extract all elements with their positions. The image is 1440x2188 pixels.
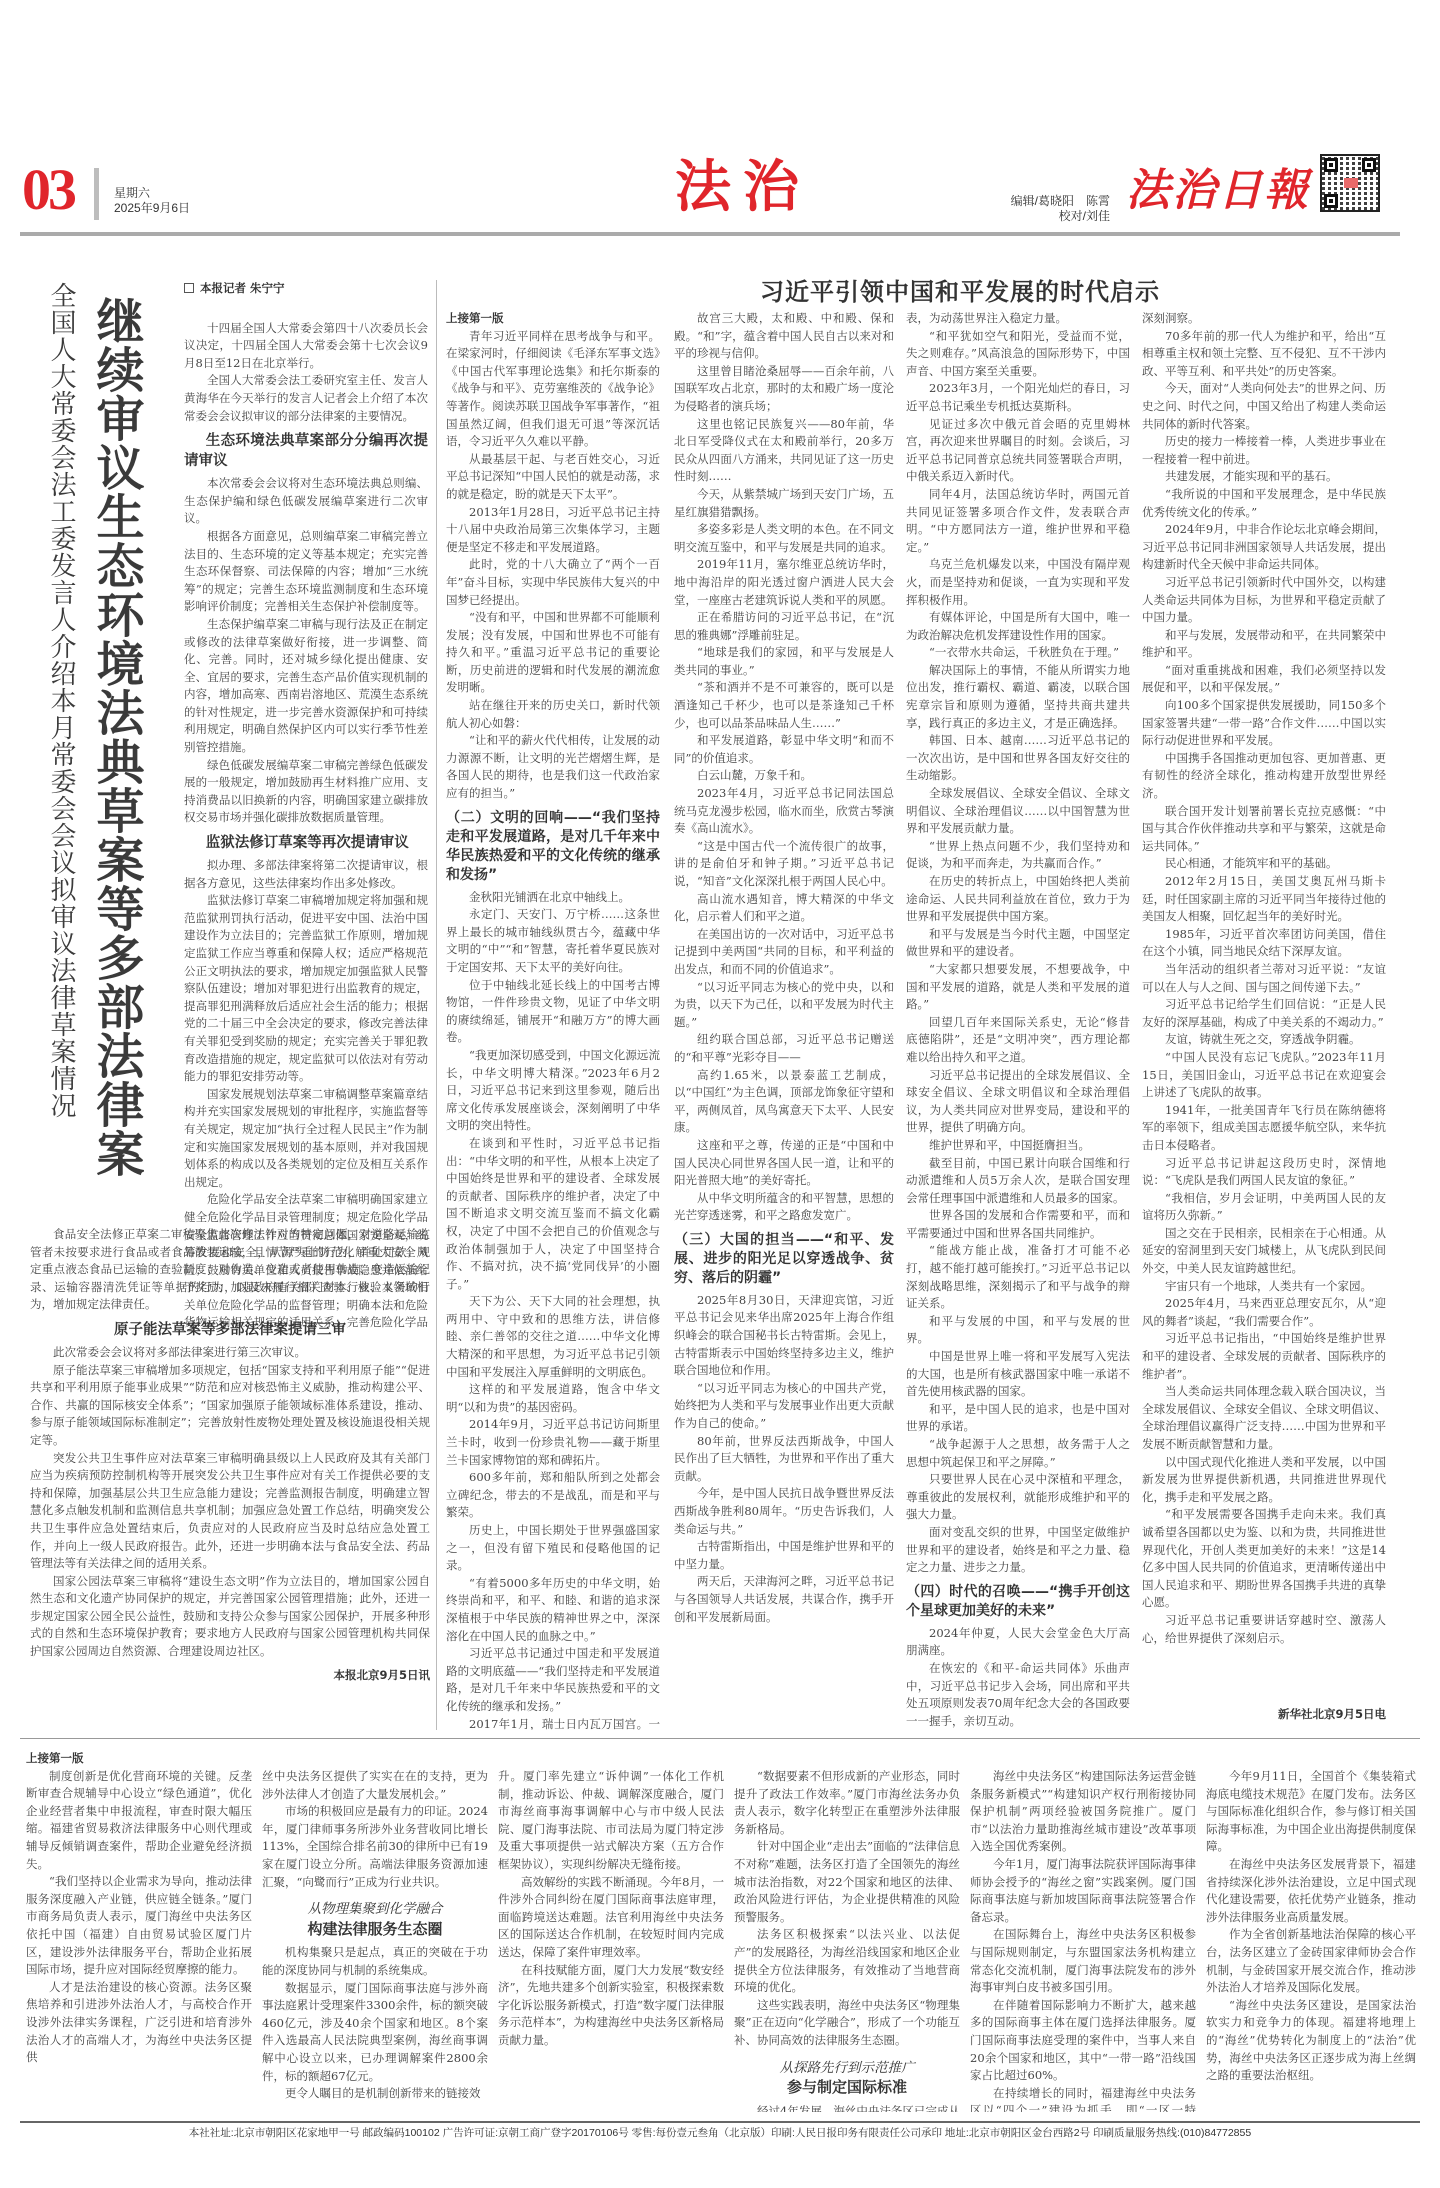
paragraph: 在历史的转折点上，中国始终把人类前途命运、人民共同利益放在首位，致力于为世界和平… <box>906 873 1130 926</box>
paragraph: 针对中国企业“走出去”面临的“法律信息不对称”难题，法务区打造了全国领先的海丝城… <box>734 1838 960 1926</box>
paragraph: 在国际舞台上，海丝中央法务区积极参与国际规则制定，与东盟国家法务机构建立常态化交… <box>970 1926 1196 1996</box>
paragraph: 原子能法草案三审稿增加多项规定，包括“国家支持和平利用原子能”“促进共享和平利用… <box>30 1362 430 1450</box>
paragraph: 乌克兰危机爆发以来，中国没有隔岸观火，而是坚持劝和促谈，一直为实现和平发挥积极作… <box>906 556 1130 609</box>
section-title: 法治 <box>675 154 811 220</box>
paragraph: 天下为公、天下大同的社会理想，执两用中、守中致和的思维方法，讲信修睦、亲仁善邻的… <box>446 1293 660 1381</box>
paragraph: 和平与发展的中国，和平与发展的世界。 <box>906 1313 1130 1348</box>
qr-finder <box>1362 158 1376 172</box>
date: 2025年9月6日 <box>114 201 190 216</box>
subheading-kicker: 从物理集聚到化学融合 <box>262 1901 488 1919</box>
qr-code-icon[interactable] <box>1320 154 1380 212</box>
paragraph: 解决国际上的事情，不能从所谓实力地位出发，推行霸权、霸道、霸凌，以联合国宪章宗旨… <box>906 662 1130 732</box>
paragraph: 习近平总书记通过中国走和平发展道路的文明底蕴——“我们坚持走和平发展道路，是对几… <box>446 1645 660 1715</box>
paragraph: 共建发展，才能实现和平的基石。 <box>1142 468 1386 486</box>
paragraph: “面对重重挑战和困难，我们必须坚持以发展促和平，以和平保发展。” <box>1142 662 1386 697</box>
paragraph: 习近平总书记讲起这段历史时，深情地说：“飞虎队是我们两国人民友谊的象征。” <box>1142 1155 1386 1190</box>
paragraph: 2014年9月，习近平总书记访问斯里兰卡时，收到一份珍贵礼物——藏于斯里兰卡国家… <box>446 1416 660 1469</box>
bottom-column-2: 丝中央法务区提供了实实在在的支持，更为涉外法律人才创造了大量发展机会。” 市场的… <box>262 1768 488 2112</box>
paragraph: 高效解纷的实践不断涌现。今年8月，一件涉外合同纠纷在厦门国际商事法庭审理，面临跨… <box>498 1874 724 1962</box>
paragraph: 在谈到和平性时，习近平总书记指出：“中华文明的和平性，从根本上决定了中国始终是世… <box>446 1135 660 1293</box>
paragraph: 升。厦门率先建立“诉仲调”一体化工作机制，推动诉讼、仲裁、调解深度融合，厦门市海… <box>498 1768 724 1874</box>
paragraph: 绿色低碳发展编草案二审稿完善绿色低碳发展的一般规定，增加鼓励再生材料推广应用、支… <box>184 757 428 827</box>
paragraph: 白云山麓，万象千和。 <box>674 767 894 785</box>
editors: 编辑/葛晓阳 陈霄 <box>1011 194 1110 209</box>
paragraph: 更令人瞩目的是机制创新带来的链接效 <box>262 2085 488 2103</box>
page-number-divider <box>94 168 99 220</box>
paragraph: “这是中国古代一个流传很广的故事，讲的是俞伯牙和钟子期。”习近平总书记说，“知音… <box>674 838 894 891</box>
paragraph: 2023年3月，一个阳光灿烂的春日，习近平总书记乘坐专机抵达莫斯科。 <box>906 380 1130 415</box>
paragraph: “以习近平同志为核心的党中央，以和为贵，以天下为己任，以和平发展为时代主题。” <box>674 979 894 1032</box>
paragraph: 制度创新是优化营商环境的关键。反垄断审查合规辅导中心设立“绿色通道”，优化企业经… <box>26 1768 252 1874</box>
section-heading: 原子能法草案等多部法律案提请三审 <box>30 1320 430 1340</box>
paragraph: 韩国、日本、越南……习近平总书记的一次次出访，是中国和世界各国友好交往的生动缩影… <box>906 732 1130 785</box>
paragraph: 纽约联合国总部，习近平总书记赠送的“和平尊”光彩夺目—— <box>674 1031 894 1066</box>
paragraph: 当年活动的组织者兰蒂对习近平说：“友谊可以在人与人之间、国与国之间传递下去。” <box>1142 961 1386 996</box>
paragraph: 两天后，天津海河之畔，习近平总书记与各国领导人共话发展，共谋合作，携手开创和平发… <box>674 1573 894 1626</box>
paragraph: 习近平总书记重要讲话穿越时空、激荡人心，给世界提供了深刻启示。 <box>1142 1612 1386 1647</box>
paragraph: 生态保护编草案二审稿与现行法及正在制定或修改的法律草案做好衔接，进一步调整、简化… <box>184 616 428 757</box>
paragraph: “茶和酒并不是不可兼容的，既可以是酒逢知己千杯少，也可以是茶逢知己千杯少，也可以… <box>674 679 894 732</box>
paragraph: 习近平总书记指出，“中国始终是维护世界和平的建设者、全球发展的贡献者、国际秩序的… <box>1142 1330 1386 1383</box>
paragraph: 宇宙只有一个地球，人类共有一个家园。 <box>1142 1278 1386 1296</box>
paragraph: 这里曾目睹沧桑屈辱——百余年前，八国联军攻占北京，那时的太和殿广场一度沦为侵略者… <box>674 363 894 416</box>
footer-rule <box>20 2121 1420 2123</box>
feature-column-2: 故宫三大殿，太和殿、中和殿、保和殿。“和”字，蕴含着中国人民自古以来对和平的珍视… <box>674 310 894 1730</box>
paragraph: 正在希腊访问的习近平总书记，在“沉思的雅典娜”浮雕前驻足。 <box>674 609 894 644</box>
paragraph: 食品安全法修正草案二审稿聚焦此次修法针对的特定问题，对道路运输监管者未按要求进行… <box>30 1226 430 1314</box>
editor-credits: 编辑/葛晓阳 陈霄 校对/刘佳 <box>1011 194 1110 224</box>
paragraph: 从最基层干起、与老百姓交心，习近平总书记深知“中国人民怕的就是动荡，求的就是稳定… <box>446 451 660 504</box>
feature-column-3: 表，为动荡世界注入稳定力量。 “和平犹如空气和阳光，受益而不觉，失之则难存。”风… <box>906 310 1130 1730</box>
paragraph: “我们坚持以企业需求为导向，推动法律服务深度融入产业链，供应链全链条。”厦门市商… <box>26 1873 252 1979</box>
paragraph: 本次常委会会议将对生态环境法典总则编、生态保护编和绿色低碳发展编草案进行二次审议… <box>184 475 428 528</box>
bottom-column-6: 今年9月11日，全国首个《集装箱式海底电缆技术规范》在厦门发布。法务区与国际标准… <box>1206 1768 1416 2112</box>
paragraph: “和平犹如空气和阳光，受益而不觉，失之则难存。”风高浪急的国际形势下，中国声音、… <box>906 328 1130 381</box>
feature-headline[interactable]: 习近平引领中国和平发展的时代启示 <box>760 272 1160 307</box>
paragraph: 数据显示，厦门国际商事法庭与涉外商事法庭累计受理案件3300余件，标的额突破46… <box>262 1980 488 2086</box>
paragraph: “我相信，岁月会证明，中美两国人民的友谊将历久弥新。” <box>1142 1190 1386 1225</box>
paragraph: “让和平的薪火代代相传，让发展的动力源源不断，让文明的光芒熠熠生辉，是各国人民的… <box>446 732 660 802</box>
qr-center-logo <box>1344 178 1358 188</box>
subhead: （三）大国的担当——“和平、发展、进步的阳光足以穿透战争、贫穷、落后的阴霾” <box>674 1231 894 1288</box>
paragraph: “数据要素不但形成新的产业形态，同时提升了政法工作效率。”厦门市海丝法务办负责人… <box>734 1768 960 1838</box>
paragraph: 表，为动荡世界注入稳定力量。 <box>906 310 1130 328</box>
paragraph: 中国携手各国推动更加包容、更加普惠、更有韧性的经济全球化，推动构建开放型世界经济… <box>1142 750 1386 803</box>
paragraph: “大家都只想要发展，不想要战争，中国和平发展的道路，就是人类和平发展的道路。” <box>906 961 1130 1014</box>
feature-column-1: 上接第一版 青年习近平同样在思考战争与和平。在梁家河时，仔细阅读《毛泽东军事文选… <box>446 310 660 1730</box>
paragraph: 国家发展规划法草案二审稿调整草案篇章结构并充实国家发展规划的审批程序，实施监督等… <box>184 1086 428 1192</box>
paragraph: 今天，从紫禁城广场到天安门广场，五星红旗猎猎飘扬。 <box>674 486 894 521</box>
paragraph: 历史上，中国长期处于世界强盛国家之一，但没有留下殖民和侵略他国的记录。 <box>446 1522 660 1575</box>
paragraph: 和平与发展，发展带动和平，在共同繁荣中维护和平。 <box>1142 627 1386 662</box>
paragraph: 十四届全国人大常委会第四十八次委员长会议决定，十四届全国人大常委会第十七次会议9… <box>184 320 428 373</box>
dateline: 本报北京9月5日讯 <box>30 1667 430 1685</box>
paragraph: 故宫三大殿，太和殿、中和殿、保和殿。“和”字，蕴含着中国人民自古以来对和平的珍视… <box>674 310 894 363</box>
paragraph: 面对变乱交织的世界，中国坚定做维护世界和平的建设者，始终是和平之力量、稳定之力量… <box>906 1524 1130 1577</box>
paragraph: 丝中央法务区提供了实实在在的支持，更为涉外法律人才创造了大量发展机会。” <box>262 1768 488 1803</box>
paragraph: 70多年前的那一代人为维护和平，给出“互相尊重主权和领土完整、互不侵犯、互不干涉… <box>1142 328 1386 381</box>
paragraph: “和平发展需要各国携手走向未来。我们真诚希望各国都以史为鉴、以和为贵，共同推进世… <box>1142 1506 1386 1612</box>
newspaper-page: 03 星期六 2025年9月6日 法治 编辑/葛晓阳 陈霄 校对/刘佳 法治日報… <box>0 0 1440 2188</box>
paragraph: 人才是法治建设的核心资源。法务区聚焦培养和引进涉外法治人才，与高校合作开设涉外法… <box>26 1979 252 2067</box>
paragraph: 今年，是中国人民抗日战争暨世界反法西斯战争胜利80周年。“历史告诉我们，人类命运… <box>674 1485 894 1538</box>
paragraph: 永定门、天安门、万宁桥……这条世界上最长的城市轴线纵贯古今，蕴藏中华文明的“中”… <box>446 906 660 976</box>
lead-headline[interactable]: 继续审议生态环境法典草案等多部法律案 <box>88 296 144 1178</box>
page-number: 03 <box>22 160 74 220</box>
paragraph: 高山流水遇知音，博大精深的中华文化，启示着人们和平之道。 <box>674 891 894 926</box>
paragraph: 海丝中央法务区“构建国际法务运营金链条服务新模式”“构建知识产权行刑衔接协同保护… <box>970 1768 1196 1856</box>
paragraph: 深刻洞察。 <box>1142 310 1386 328</box>
paragraph: “地球是我们的家园，和平与发展是人类共同的事业。” <box>674 644 894 679</box>
paragraph: 根据各方面意见，总则编草案二审稿完善立法目的、生态环境的定义等基本规定；充实完善… <box>184 528 428 616</box>
paragraph: 当人类命运共同体理念载入联合国决议，当全球发展倡议、全球安全倡议、全球文明倡议、… <box>1142 1383 1386 1453</box>
paragraph: 和平与发展是当今时代主题，中国坚定做世界和平的建设者。 <box>906 926 1130 961</box>
proofreader: 校对/刘佳 <box>1011 209 1110 224</box>
paragraph: 习近平总书记给学生们回信说：“正是人民友好的深厚基础，构成了中美关系的不竭动力。… <box>1142 996 1386 1031</box>
paragraph: “海丝中央法务区建设，是国家法治软实力和竞争力的体现。福建将地理上的“海丝”优势… <box>1206 1997 1416 2085</box>
continued-label: 上接第一版 <box>26 1750 252 1768</box>
paragraph: 和平，是中国人民的追求，也是中国对世界的承诺。 <box>906 1401 1130 1436</box>
paragraph: 这里也铭记民族复兴——80年前，华北日军受降仪式在太和殿前举行，20多万民众从四… <box>674 416 894 486</box>
paragraph: 以中国式现代化推进人类和平发展，以中国新发展为世界提供新机遇，共同推进世界现代化… <box>1142 1454 1386 1507</box>
paragraph: 今天，面对“人类向何处去”的世界之问、历史之问、时代之问，中国又给出了构建人类命… <box>1142 380 1386 433</box>
lead-column-1: 本报记者 朱宁宁 十四届全国人大常委会第四十八次委员长会议决定，十四届全国人大常… <box>184 280 428 1328</box>
continued-label: 上接第一版 <box>446 310 660 328</box>
paragraph: 在美国出访的一次对话中，习近平总书记提到中美两国“共同的目标，和平利益的出发点，… <box>674 926 894 979</box>
paragraph: 习近平总书记提出的全球发展倡议、全球安全倡议、全球文明倡议和全球治理倡议，为人类… <box>906 1067 1130 1137</box>
paragraph: 1941年，一批美国青年飞行员在陈纳德将军的率领下，组成美国志愿援华航空队，来华… <box>1142 1102 1386 1155</box>
paragraph: 站在继往开来的历史关口，新时代领航人初心如磐： <box>446 697 660 732</box>
masthead: 03 星期六 2025年9月6日 法治 编辑/葛晓阳 陈霄 校对/刘佳 法治日報 <box>20 150 1400 228</box>
column-divider <box>436 280 437 1730</box>
paragraph: 中国是世界上唯一将和平发展写入宪法的大国，也是所有核武器国家中唯一承诺不首先使用… <box>906 1348 1130 1401</box>
paragraph: 经过4年发展，海丝中央法务区已完成从探索先行到示范推广，从适用规则向参与制定规则… <box>734 2103 960 2112</box>
paragraph: 回望几百年来国际关系史，无论“修昔底德陷阱”，还是“文明冲突”，西方理论都难以给… <box>906 1014 1130 1067</box>
issue-date: 星期六 2025年9月6日 <box>114 186 190 216</box>
paragraph: 2019年11月，塞尔维亚总统访华时，地中海沿岸的阳光透过窗户洒进人民大会堂，一… <box>674 556 894 609</box>
paragraph: 同年4月，法国总统访华时，两国元首共同见证签署多项合作文件，发表联合声明。“中方… <box>906 486 1130 556</box>
paragraph: 作为全省创新基地法治保障的核心平台，法务区建立了金砖国家律师协会合作机制，与金砖… <box>1206 1926 1416 1996</box>
section-heading: 生态环境法典草案部分分编再次提请审议 <box>184 431 428 471</box>
paragraph: 在科技赋能方面，厦门大力发展“数安经济”，先地共建多个创新实验室，积极探索数字化… <box>498 1962 724 2050</box>
paragraph: 这样的和平发展道路，饱含中华文明“以和为贵”的基因密码。 <box>446 1381 660 1416</box>
paragraph: 2024年9月，中非合作论坛北京峰会期间，习近平总书记同非洲国家领导人共话发展，… <box>1142 521 1386 574</box>
paragraph: “以习近平同志为核心的中国共产党，始终把为人类和平与发展事业作出更大贡献作为自己… <box>674 1380 894 1433</box>
paragraph: 全国人大常委会法工委研究室主任、发言人黄海华在今天举行的发言人记者会上介绍了本次… <box>184 372 428 425</box>
imprint-footer: 本社社址:北京市朝阳区花家地甲一号 邮政编码100102 广告许可证:京朝工商广… <box>20 2125 1420 2140</box>
paragraph: “我更加深切感受到，中国文化源远流长，中华文明博大精深。”2023年6月2日，习… <box>446 1047 660 1135</box>
paragraph: 市场的积极回应是最有力的印证。2024年，厦门律师事务所涉外业务营收同比增长11… <box>262 1803 488 1891</box>
paragraph: 2025年8月30日，天津迎宾馆，习近平总书记会见来华出席2025年上海合作组织… <box>674 1292 894 1380</box>
paragraph: 金秋阳光铺洒在北京中轴线上。 <box>446 889 660 907</box>
feature-signoff-wrap: 新华社北京9月5日电 <box>1142 1706 1386 1728</box>
paragraph: 2024年仲夏，人民大会堂金色大厅高朋满座。 <box>906 1625 1130 1660</box>
paragraph: 国家公园法草案三审稿将“建设生态文明”作为立法目的，增加国家公园自然生态和文化遗… <box>30 1573 430 1661</box>
paragraph: 2012年2月15日，美国艾奥瓦州马斯卡廷，时任国家副主席的习近平同当年接待过他… <box>1142 873 1386 926</box>
paragraph: 2023年4月，习近平总书记同法国总统马克龙漫步松园，临水而坐，欣赏古琴演奏《高… <box>674 785 894 838</box>
paragraph: 此时，党的十八大确立了“两个一百年”奋斗目标，实现中华民族伟大复兴的中国梦已经提… <box>446 556 660 609</box>
paragraph: “一衣带水共命运，千秋胜负在于理。” <box>906 644 1130 662</box>
paragraph: 在海丝中央法务区发展背景下，福建省持续深化涉外法治建设，立足中国式现代化建设需要… <box>1206 1856 1416 1926</box>
newspaper-logo: 法治日報 <box>1126 164 1310 218</box>
paragraph: 拟办理、多部法律案将第二次提请审议，根据各方意见，这些法律案均作出多处修改。 <box>184 857 428 892</box>
paragraph: 联合国开发计划署前署长克拉克感慨：“中国与其合作伙伴推动共享和平与繁荣，这就是命… <box>1142 803 1386 856</box>
paragraph: 位于中轴线北延长线上的中国考古博物馆，一件件珍贵文物，见证了中华文明的赓续绵延，… <box>446 977 660 1047</box>
bottom-column-4: “数据要素不但形成新的产业形态，同时提升了政法工作效率。”厦门市海丝法务办负责人… <box>734 1768 960 2112</box>
paragraph: 向100多个国家提供发展援助，同150多个国家签署共建“一带一路”合作文件……中… <box>1142 697 1386 750</box>
byline: 本报记者 朱宁宁 <box>184 280 428 298</box>
subheading: 构建法律服务生态圈 <box>262 1921 488 1939</box>
paragraph: 古特雷斯指出，中国是维护世界和平的中坚力量。 <box>674 1538 894 1573</box>
paragraph: 全球发展倡议、全球安全倡议、全球文明倡议、全球治理倡议……以中国智慧为世界和平发… <box>906 785 1130 838</box>
paragraph: 维护世界和平，中国挺膺担当。 <box>906 1137 1130 1155</box>
paragraph: “我所说的中国和平发展理念，是中华民族优秀传统文化的传承。” <box>1142 486 1386 521</box>
paragraph: 世界各国的发展和合作需要和平，而和平需要通过中国和世界各国共同维护。 <box>906 1207 1130 1242</box>
paragraph: 2025年4月，马来西亚总理安瓦尔，从“迎风的舞者”谈起，“我们需要合作”。 <box>1142 1295 1386 1330</box>
paragraph: 和平发展道路，彰显中华文明“和而不同”的价值追求。 <box>674 732 894 767</box>
paragraph: 历史的接力一棒接着一棒，人类进步事业在一程接着一程中前进。 <box>1142 433 1386 468</box>
subhead: （二）文明的回响——“我们坚持走和平发展道路，是对几千年来中华民族热爱和平的文化… <box>446 809 660 885</box>
section-heading: 监狱法修订草案等再次提请审议 <box>184 833 428 853</box>
paragraph: 见证过多次中俄元首会晤的克里姆林宫，再次迎来世界瞩目的时刻。会谈后，习近平总书记… <box>906 416 1130 486</box>
paragraph: “有着5000多年历史的中华文明，始终崇尚和平，和平、和睦、和谐的追求深深植根于… <box>446 1575 660 1645</box>
paragraph: “中国人民没有忘记飞虎队。”2023年11月15日，美国旧金山，习近平总书记在欢… <box>1142 1049 1386 1102</box>
paragraph: 2013年1月28日，习近平总书记主持十八届中央政治局第三次集体学习，主题便是坚… <box>446 504 660 557</box>
paragraph: 80年前，世界反法西斯战争，中国人民作出了巨大牺牲，为世界和平作出了重大贡献。 <box>674 1433 894 1486</box>
paragraph: 只要世界人民在心灵中深植和平理念，尊重彼此的发展权利，就能形成维护和平的强大力量… <box>906 1471 1130 1524</box>
paragraph: 今年1月，厦门海事法院获评国际海事律师协会授予的“海丝之窗”实践案例。厦门国际商… <box>970 1856 1196 1926</box>
paragraph: 在持续增长的同时，福建海丝中央法务区以“四个一”建设为抓手，即“一区一特色”“一… <box>970 2085 1196 2112</box>
paragraph: 在恢宏的《和平-命运共同体》乐曲声中，习近平总书记步入会场，同出席和平共处五项原… <box>906 1660 1130 1730</box>
paragraph: “能战方能止战，准备打才可能不必打，越不能打越可能挨打。”习近平总书记以深刻战略… <box>906 1242 1130 1312</box>
paragraph: 今年9月11日，全国首个《集装箱式海底电缆技术规范》在厦门发布。法务区与国际标准… <box>1206 1768 1416 1856</box>
qr-finder <box>1324 158 1338 172</box>
paragraph: 600多年前，郑和船队所到之处都会立碑纪念，带去的不是战乱，而是和平与繁荣。 <box>446 1469 660 1522</box>
paragraph: 民心相通，才能筑牢和平的基础。 <box>1142 855 1386 873</box>
paragraph: 监狱法修订草案二审稿增加规定将加强和规范监狱刑罚执行活动，促进平安中国、法治中国… <box>184 892 428 1086</box>
paragraph: 习近平总书记引领新时代中国外交，以构建人类命运共同体为目标，为世界和平稳定贡献了… <box>1142 574 1386 627</box>
paragraph: 高约1.65米，以景泰蓝工艺制成，以“中国红”为主色调，顶部龙饰象征守望和平，两… <box>674 1067 894 1137</box>
qr-finder <box>1324 194 1338 208</box>
lead-subtitle: 全国人大常委会法工委发言人介绍本月常委会会议拟审议法律草案情况 <box>46 282 76 1119</box>
paragraph: “没有和平，中国和世界都不可能顺利发展；没有发展，中国和世界也不可能有持久和平。… <box>446 609 660 697</box>
paragraph: “世界上热点问题不少，我们坚持劝和促谈，为和平而奔走，为共赢而合作。” <box>906 838 1130 873</box>
subhead: （四）时代的召唤——“携手开创这个星球更加美好的未来” <box>906 1583 1130 1621</box>
paragraph: 国之交在于民相亲，民相亲在于心相通。从延安的窑洞里到天安门城楼上，从飞虎队到民间… <box>1142 1225 1386 1278</box>
paragraph: 突发公共卫生事件应对法草案三审稿明确县级以上人民政府及其有关部门应当为疾病预防控… <box>30 1450 430 1573</box>
paragraph: 这座和平之尊，传递的正是“中国和中国人民决心同世界各国人民一道，让和平的阳光普照… <box>674 1137 894 1190</box>
subheading-kicker: 从探路先行到示范推广 <box>734 2060 960 2078</box>
paragraph: 从中华文明所蕴含的和平智慧，思想的光芒穿透迷雾，和平之路愈发宽广。 <box>674 1190 894 1225</box>
masthead-rule <box>20 232 1400 236</box>
paragraph: 这些实践表明，海丝中央法务区“物理集聚”正在迈向“化学融合”，形成了一个功能互补… <box>734 1997 960 2050</box>
bottom-column-5: 海丝中央法务区“构建国际法务运营金链条服务新模式”“构建知识产权行刑衔接协同保护… <box>970 1768 1196 2112</box>
paragraph: 2017年1月，瑞士日内瓦万国宫。一场47分钟的演讲，赢得30余次掌声。 <box>446 1716 660 1730</box>
paragraph: 截至目前，中国已累计向联合国维和行动派遣维和人员5万余人次，是联合国安理会常任理… <box>906 1155 1130 1208</box>
paragraph: 友谊，铸就生死之交，穿透战争阴霾。 <box>1142 1031 1386 1049</box>
lead-column-2: 食品安全法修正草案二审稿聚焦此次修法针对的特定问题，对道路运输监管者未按要求进行… <box>30 1226 430 1686</box>
paragraph: 法务区积极探索“以法兴业、以法促产”的发展路径，为海丝沿线国家和地区企业提供全方… <box>734 1926 960 1996</box>
bottom-column-1: 上接第一版 制度创新是优化营商环境的关键。反垄断审查合规辅导中心设立“绿色通道”… <box>26 1750 252 2112</box>
subheading: 参与制定国际标准 <box>734 2079 960 2097</box>
paragraph: “战争起源于人之思想，故务需于人之思想中筑起保卫和平之屏障。” <box>906 1436 1130 1471</box>
section-rule <box>20 1738 1420 1739</box>
dateline: 新华社北京9月5日电 <box>1142 1706 1386 1724</box>
paragraph: 多姿多彩是人类文明的本色。在不同文明交流互鉴中，和平与发展是共同的追求。 <box>674 521 894 556</box>
paragraph: 在伴随着国际影响力不断扩大，越来越多的国际商事主体在厦门选择法律服务。厦门国际商… <box>970 1997 1196 2085</box>
paragraph: 此次常委会会议将对多部法律案进行第三次审议。 <box>30 1344 430 1362</box>
paragraph: 机构集聚只是起点，真正的突破在于功能的深度协同与机制的系统集成。 <box>262 1944 488 1979</box>
bottom-column-3: 升。厦门率先建立“诉仲调”一体化工作机制，推动诉讼、仲裁、调解深度融合，厦门市海… <box>498 1768 724 2112</box>
byline-box-icon <box>184 283 194 293</box>
paragraph: 青年习近平同样在思考战争与和平。在梁家河时，仔细阅读《毛泽东军事文选》《中国古代… <box>446 328 660 451</box>
paragraph: 1985年，习近平首次率团访问美国，借住在这个小镇，同当地民众结下深厚友谊。 <box>1142 926 1386 961</box>
feature-column-4: 深刻洞察。 70多年前的那一代人为维护和平，给出“互相尊重主权和领土完整、互不侵… <box>1142 310 1386 1730</box>
weekday: 星期六 <box>114 186 190 201</box>
paragraph: 有媒体评论，中国是所有大国中，唯一为政治解决危机发挥建设性作用的国家。 <box>906 609 1130 644</box>
